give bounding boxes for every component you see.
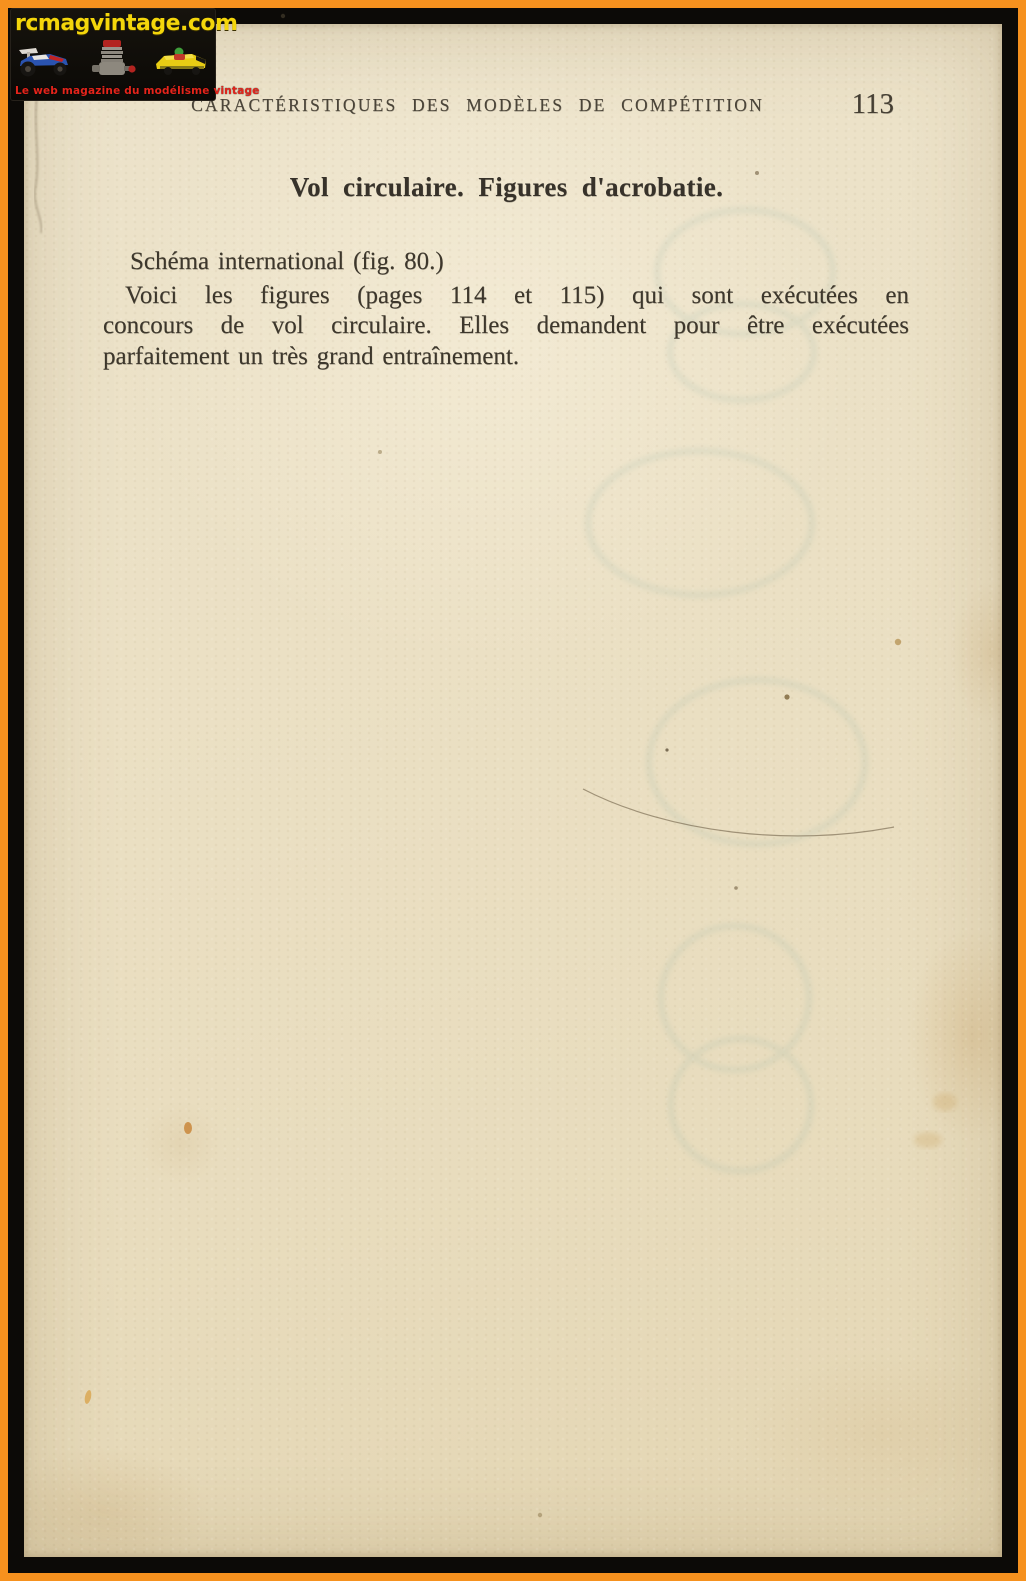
body-line: Voici les figures (pages 114 et 115) qui… [103, 281, 909, 312]
running-title: CARACTÉRISTIQUES DES MODÈLES DE COMPÉTIT… [121, 95, 834, 116]
model-engine-image [90, 39, 136, 83]
site-logo-title: rcmagvintage.com [15, 12, 211, 36]
body-line: Schéma international (fig. 80.) [103, 247, 909, 278]
site-logo: rcmagvintage.com [10, 8, 216, 101]
body-line: parfaitement un très grand entraînement. [103, 342, 909, 373]
page-number: 113 [852, 88, 894, 121]
scan-inner-frame [8, 8, 1018, 1573]
scan-border [0, 0, 1026, 1581]
site-logo-tagline: Le web magazine du modélisme vintage [15, 85, 211, 97]
body-line: concours de vol circulaire. Elles demand… [103, 311, 909, 342]
site-logo-images [15, 39, 211, 83]
rc-buggy-image [16, 44, 74, 78]
section-heading: Vol circulaire. Figures d'acrobatie. [105, 172, 908, 203]
rc-racer-image [152, 44, 210, 78]
body-text: Schéma international (fig. 80.) Voici le… [103, 247, 909, 372]
